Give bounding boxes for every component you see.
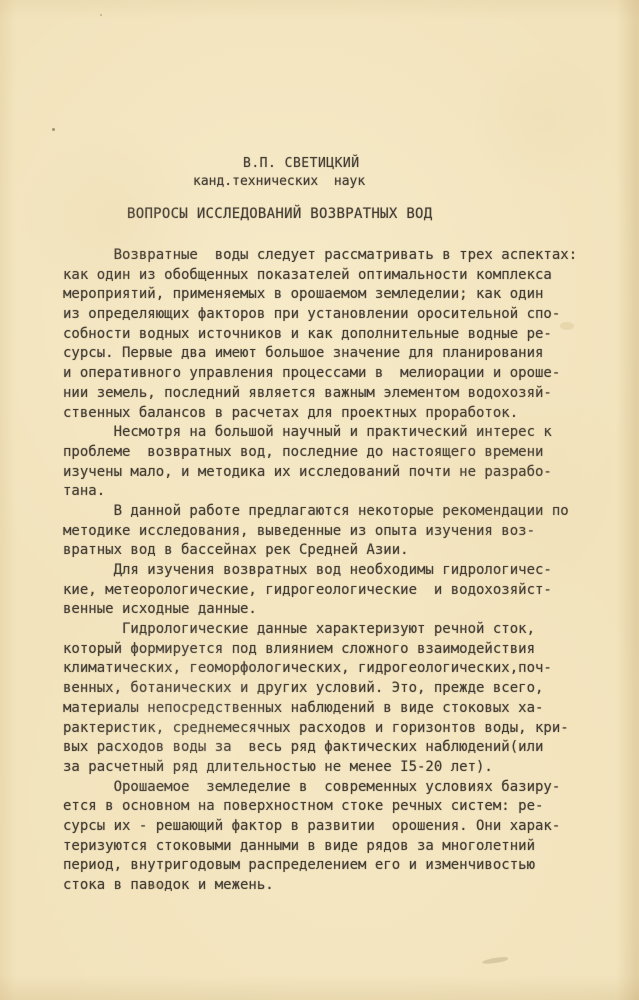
text-line: сурсы их - решающий фактор в развитии ор… [63, 817, 603, 837]
text-line: за расчетный ряд длительностью не менее … [63, 758, 603, 778]
text-line: сурсы. Первые два имеют большое значение… [63, 344, 603, 364]
text-line: и оперативного управления процессами в м… [63, 364, 603, 384]
text-line: Возвратные воды следует рассматривать в … [63, 246, 603, 266]
text-line: изучены мало, и методика их исследований… [63, 463, 603, 483]
text-line: вратных вод в бассейнах рек Средней Азии… [63, 541, 603, 561]
document-body: Возвратные воды следует рассматривать в … [63, 246, 603, 896]
document-title: ВОПРОСЫ ИССЛЕДОВАНИЙ ВОЗВРАТНЫХ ВОД [127, 205, 603, 223]
text-line: стока в паводок и межень. [63, 876, 603, 896]
text-line: материалы непосредственных наблюдений в … [63, 699, 603, 719]
text-line: нии земель, последний является важным эл… [63, 384, 603, 404]
text-line: венные исходные данные. [63, 600, 603, 620]
text-line: ется в основном на поверхностном стоке р… [63, 797, 603, 817]
paper-speck [100, 14, 102, 16]
text-line: методике исследования, выведенные из опы… [63, 522, 603, 542]
text-line: В данной работе предлагаются некоторые р… [63, 502, 603, 522]
text-line: Для изучения возвратных вод необходимы г… [63, 561, 603, 581]
text-line: который формируется под влиянием сложног… [63, 640, 603, 660]
text-line: венных, ботанических и других условий. Э… [63, 679, 603, 699]
text-line: рактеристик, среднемесячных расходов и г… [63, 719, 603, 739]
text-line: проблеме возвратных вод, последние до на… [63, 443, 603, 463]
page-content: В.П. СВЕТИЦКИЙ канд.технических наук ВОП… [63, 155, 603, 896]
scanned-page: В.П. СВЕТИЦКИЙ канд.технических наук ВОП… [0, 0, 639, 1000]
text-line: тана. [63, 482, 603, 502]
author-degree: канд.технических наук [193, 173, 603, 190]
text-line: из определяющих факторов при установлени… [63, 305, 603, 325]
text-line: Несмотря на большой научный и практическ… [63, 423, 603, 443]
text-line: кие, метеорологические, гидрогеологическ… [63, 581, 603, 601]
text-line: климатических, геоморфологических, гидро… [63, 659, 603, 679]
text-line: теризуются стоковыми данными в виде рядо… [63, 837, 603, 857]
text-line: вых расходов воды за весь ряд фактически… [63, 738, 603, 758]
paper-speck [52, 128, 55, 131]
text-line: Орошаемое земледелие в современных услов… [63, 778, 603, 798]
text-line: как один из обобщенных показателей оптим… [63, 266, 603, 286]
text-line: мероприятий, применяемых в орошаемом зем… [63, 285, 603, 305]
text-line: ственных балансов в расчетах для проектн… [63, 404, 603, 424]
paper-smudge [482, 956, 508, 965]
text-line: период, внутригодовым распределением его… [63, 856, 603, 876]
author-name: В.П. СВЕТИЦКИЙ [243, 155, 603, 172]
text-line: собности водных источников и как дополни… [63, 325, 603, 345]
text-line: Гидрологические данные характеризуют реч… [63, 620, 603, 640]
